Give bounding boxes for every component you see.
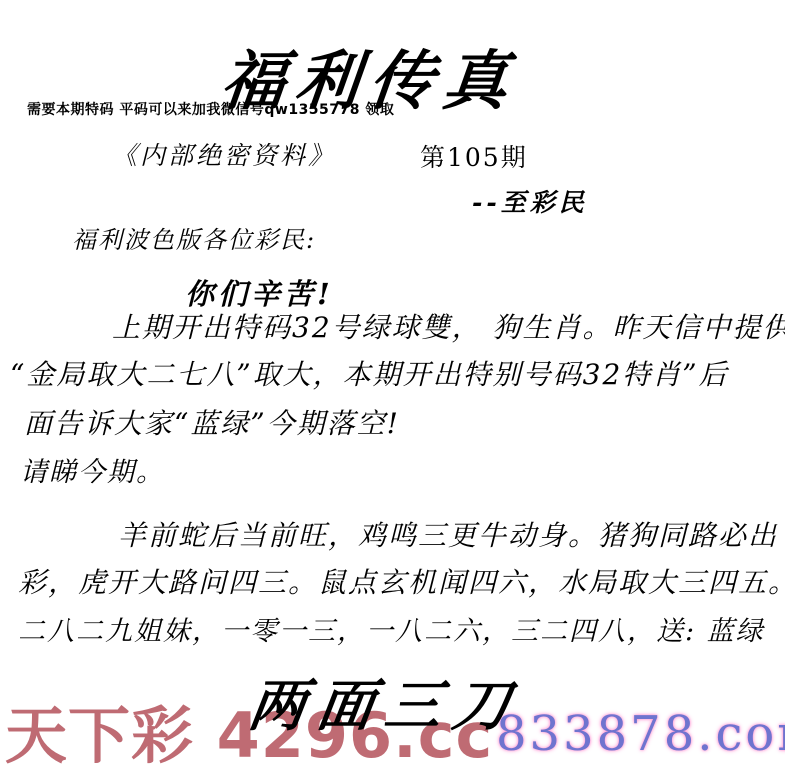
- body-line-1: 上期开出特码32号绿球雙， 狗生肖。昨天信中提供: [112, 306, 785, 346]
- body-line-6: 彩，虎开大路问四三。鼠点玄机闻四六，水局取大三四五。: [18, 561, 785, 601]
- body-line-4: 请睇今期。: [20, 450, 165, 489]
- addressee-line: 福利波色版各位彩民:: [72, 220, 316, 255]
- body-line-7: 二八二九姐妹，一零一三，一八二六，三二四八，送: 蓝绿: [18, 609, 765, 648]
- body-line-3: 面告诉大家“蓝绿”今期落空!: [24, 402, 400, 442]
- bottom-calligraphy-title: 两面三刀: [244, 662, 527, 742]
- lottery-fax-document: 福利传真 需要本期特码 平码可以来加我微信号qw1355778 领取 《内部绝密…: [0, 0, 785, 772]
- contact-note: 需要本期特码 平码可以来加我微信号qw1355778 领取: [27, 99, 394, 119]
- issue-number: 第105期: [420, 138, 528, 174]
- watermark-site-right: 833878.com: [496, 706, 785, 762]
- body-line-5: 羊前蛇后当前旺，鸡鸣三更牛动身。猪狗同路必出: [118, 514, 778, 554]
- salutation-to-readers: --至彩民: [472, 183, 588, 219]
- doc-label: 《内部绝密资料》: [112, 136, 336, 172]
- body-line-2: “金局取大二七八”取大，本期开出特别号码32特肖”后: [10, 353, 729, 393]
